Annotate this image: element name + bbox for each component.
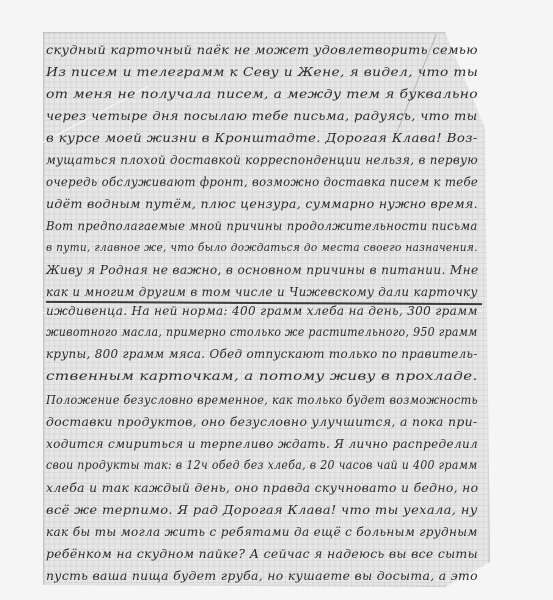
letter-line: животного масла, примерно столько же рас… xyxy=(46,324,478,339)
letter-line: пусть ваша пища будет груба, но кушаете … xyxy=(46,568,478,583)
letter-line-struck: иждивенца. На ней норма: 400 грамм хлеба… xyxy=(46,303,478,318)
letter-line: хлеба и так каждый день, оно правда скуч… xyxy=(46,480,478,495)
letter-line: всё же терпимо. Я рад Дорогая Клава! что… xyxy=(46,502,478,517)
letter-line: как бы ты могла жить с ребятами да ещё с… xyxy=(46,524,478,539)
letter-line: Живу я Родная не важно, в основном причи… xyxy=(46,262,479,277)
letter-line: ственным карточкам, а потому живу в прох… xyxy=(46,368,478,383)
letter-line: Вот предполагаемые мной причины продолжи… xyxy=(46,218,478,233)
letter-line: в пути, главное же, что было дождаться д… xyxy=(46,240,478,254)
letter-line: через четыре дня посылаю тебе письма, ра… xyxy=(46,108,478,123)
letter-line: как и многим другим в том числе и Чижевс… xyxy=(46,284,478,299)
letter-line: в курсе моей жизни в Кронштадте. Дорогая… xyxy=(46,130,478,145)
letter-line: идёт водным путём, плюс цензура, суммарн… xyxy=(46,196,478,211)
letter-line: скудный карточный паёк не может удовлетв… xyxy=(46,42,478,57)
letter-line: от меня не получала писем, а между тем я… xyxy=(46,86,478,101)
letter-line: доставки продуктов, оно безусловно улучш… xyxy=(46,414,478,429)
letter-line: ребёнком на скудном пайке? А сейчас я на… xyxy=(46,546,478,561)
letter-line: свои продукты так: в 12ч обед без хлеба,… xyxy=(46,458,478,472)
letter-line: ходится смириться и терпеливо ждать. Я л… xyxy=(46,436,478,451)
letter-line: Положение безусловно временное, как толь… xyxy=(46,392,478,407)
letter-line: очередь обслуживают фронт, возможно дост… xyxy=(46,174,478,189)
letter-line: мущаться плохой доставкой корреспонденци… xyxy=(46,152,478,167)
letter-line: крупы, 800 грамм мяса. Обед отпускают то… xyxy=(46,346,478,361)
letter-line: Из писем и телеграмм к Севу и Жене, я ви… xyxy=(46,64,478,79)
